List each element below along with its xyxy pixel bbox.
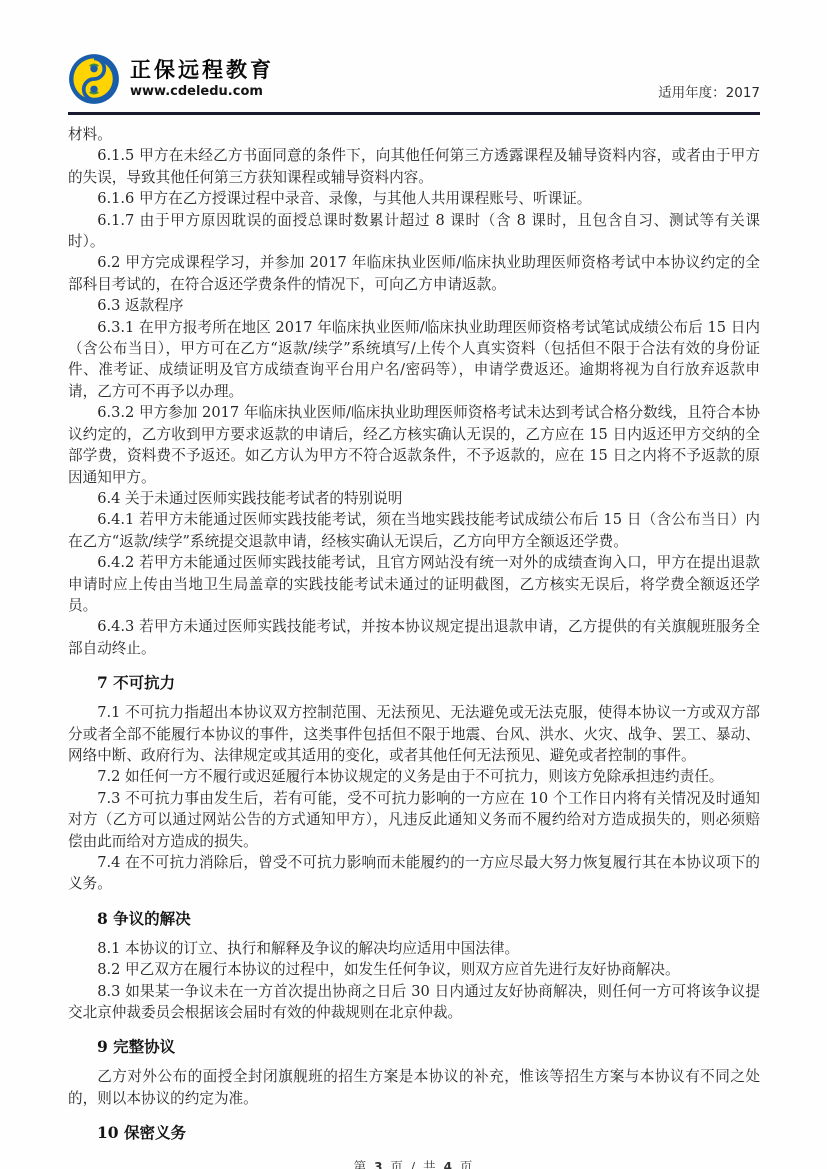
paragraph: 8.1 本协议的订立、执行和解释及争议的解决均应适用中国法律。	[68, 938, 760, 959]
header-divider-rule	[68, 112, 760, 115]
paragraph: 6.4.1 若甲方未能通过医师实践技能考试，须在当地实践技能考试成绩公布后 15…	[68, 509, 760, 552]
paragraph: 6.3.1 在甲方报考所在地区 2017 年临床执业医师/临床执业助理医师资格考…	[68, 317, 760, 403]
section-heading: 9 完整协议	[68, 1036, 760, 1057]
footer-page-prefix: 第	[354, 1159, 369, 1169]
paragraph: 7.3 不可抗力事由发生后，若有可能，受不可抗力影响的一方应在 10 个工作日内…	[68, 788, 760, 852]
footer-page-suffix: 页	[460, 1159, 475, 1169]
paragraph: 8.2 甲乙双方在履行本协议的过程中，如发生任何争议，则双方应首先进行友好协商解…	[68, 959, 760, 980]
twin-phoenix-yinyang-icon	[68, 53, 120, 105]
page-header: 正保远程教育 www.cdeledu.com 适用年度：2017	[68, 0, 760, 105]
paragraph: 8.3 如果某一争议未在一方首次提出协商之日后 30 日内通过友好协商解决，则任…	[68, 981, 760, 1024]
paragraph: 材料。	[68, 124, 760, 145]
current-page-number: 3	[374, 1160, 384, 1169]
applicable-year-label: 适用年度：2017	[658, 81, 760, 105]
paragraph: 6.4.2 若甲方未能通过医师实践技能考试，且官方网站没有统一对外的成绩查询入口…	[68, 552, 760, 616]
total-page-number: 4	[444, 1160, 454, 1169]
paragraph: 7.2 如任何一方不履行或迟延履行本协议规定的义务是由于不可抗力，则该方免除承担…	[68, 766, 760, 787]
paragraph: 乙方对外公布的面授全封闭旗舰班的招生方案是本协议的补充，惟该等招生方案与本协议有…	[68, 1066, 760, 1109]
paragraph: 6.3.2 甲方参加 2017 年临床执业医师/临床执业助理医师资格考试未达到考…	[68, 402, 760, 488]
contract-page: 正保远程教育 www.cdeledu.com 适用年度：2017 材料。6.1.…	[0, 0, 827, 1169]
brand-name: 正保远程教育	[130, 58, 274, 82]
paragraph: 6.4.3 若甲方未通过医师实践技能考试，并按本协议规定提出退款申请，乙方提供的…	[68, 616, 760, 659]
paragraph: 6.3 返款程序	[68, 295, 760, 316]
brand-logo: 正保远程教育 www.cdeledu.com	[68, 53, 274, 105]
document-body: 材料。6.1.5 甲方在未经乙方书面同意的条件下，向其他任何第三方透露课程及辅导…	[68, 124, 760, 1143]
section-heading: 10 保密义务	[68, 1122, 760, 1143]
paragraph: 7.1 不可抗力指超出本协议双方控制范围、无法预见、无法避免或无法克服，使得本协…	[68, 702, 760, 766]
paragraph: 6.2 甲方完成课程学习，并参加 2017 年临床执业医师/临床执业助理医师资格…	[68, 252, 760, 295]
paragraph: 6.1.5 甲方在未经乙方书面同意的条件下，向其他任何第三方透露课程及辅导资料内…	[68, 145, 760, 188]
paragraph: 6.4 关于未通过医师实践技能考试者的特别说明	[68, 488, 760, 509]
brand-text: 正保远程教育 www.cdeledu.com	[130, 58, 274, 99]
paragraph: 6.1.6 甲方在乙方授课过程中录音、录像，与其他人共用课程账号、听课证。	[68, 188, 760, 209]
footer-page-mid: 页 / 共	[390, 1159, 437, 1169]
paragraph: 6.1.7 由于甲方原因耽误的面授总课时数累计超过 8 课时（含 8 课时，且包…	[68, 210, 760, 253]
section-heading: 7 不可抗力	[68, 672, 760, 693]
paragraph: 7.4 在不可抗力消除后，曾受不可抗力影响而未能履约的一方应尽最大努力恢复履行其…	[68, 852, 760, 895]
section-heading: 8 争议的解决	[68, 908, 760, 929]
brand-site-url: www.cdeledu.com	[130, 85, 274, 100]
page-footer: 第 3 页 / 共 4 页	[68, 1157, 760, 1169]
